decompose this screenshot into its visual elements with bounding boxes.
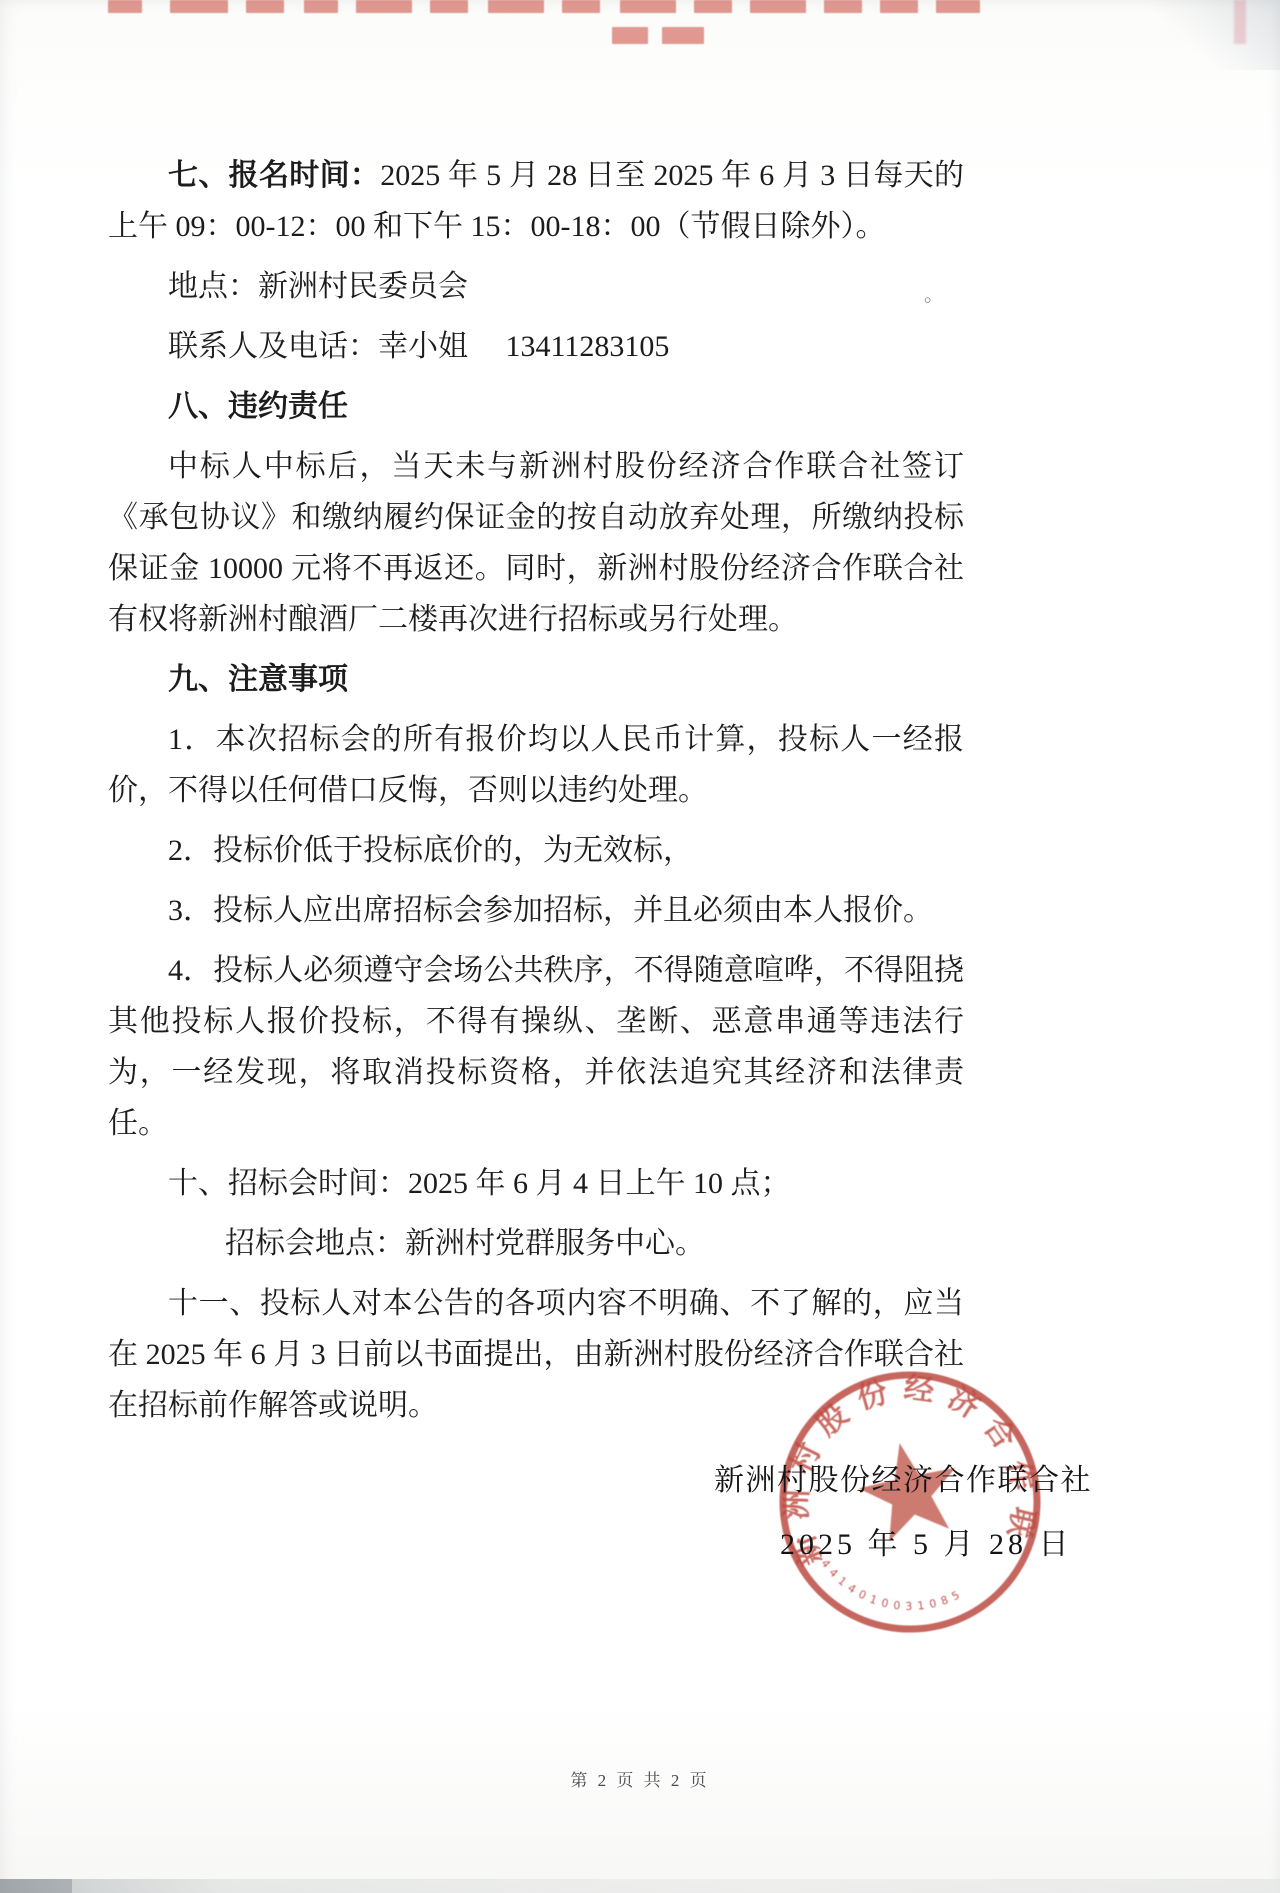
scan-artifact-strip bbox=[0, 0, 1280, 60]
section-10-place: 招标会地点：新洲村党群服务中心。 bbox=[108, 1218, 964, 1269]
section-8-paragraph: 中标人中标后，当天未与新洲村股份经济合作联合社签订《承包协议》和缴纳履约保证金的… bbox=[108, 441, 964, 645]
scan-artifact bbox=[356, 0, 412, 13]
stray-mark: 。 bbox=[924, 278, 944, 307]
notice-item-4: 4．投标人必须遵守会场公共秩序，不得随意喧哗，不得阻挠其他投标人报价投标，不得有… bbox=[108, 945, 964, 1149]
scan-artifact bbox=[824, 0, 862, 13]
section-8-heading: 八、违约责任 bbox=[108, 381, 964, 432]
scan-smudge bbox=[1234, 0, 1246, 44]
page-number-footer: 第 2 页 共 2 页 bbox=[0, 1766, 1280, 1791]
scan-artifact bbox=[750, 0, 806, 13]
official-seal: 新洲村股份经济合作联合社 4414010031085 bbox=[772, 1364, 1048, 1640]
scan-artifact bbox=[304, 0, 338, 13]
notice-item-2: 2．投标价低于投标底价的，为无效标， bbox=[108, 825, 964, 876]
scan-artifact bbox=[170, 0, 228, 13]
contact-line: 联系人及电话：幸小姐 13411283105 bbox=[108, 321, 964, 372]
scan-artifact bbox=[430, 0, 468, 13]
scan-artifact bbox=[612, 27, 648, 44]
notice-item-3: 3．投标人应出席招标会参加招标，并且必须由本人报价。 bbox=[108, 885, 964, 936]
scan-smudge bbox=[1130, 0, 1280, 70]
scan-bottom-edge bbox=[0, 1879, 1280, 1893]
scan-artifact bbox=[488, 0, 544, 13]
scan-artifact bbox=[694, 0, 732, 13]
scan-artifact bbox=[662, 27, 704, 44]
scan-bottom-corner bbox=[0, 1879, 72, 1893]
scan-artifact bbox=[562, 0, 600, 13]
signature-organization: 新洲村股份经济合作联合社 bbox=[714, 1455, 1092, 1499]
scan-artifact bbox=[936, 0, 980, 13]
scan-artifact bbox=[246, 0, 284, 13]
document-body: 七、报名时间：2025 年 5 月 28 日至 2025 年 6 月 3 日每天… bbox=[108, 150, 964, 1431]
section-9-heading: 九、注意事项 bbox=[108, 654, 964, 705]
scan-artifact bbox=[108, 0, 142, 13]
scanned-document-page: 七、报名时间：2025 年 5 月 28 日至 2025 年 6 月 3 日每天… bbox=[0, 0, 1280, 1893]
scan-artifact bbox=[880, 0, 918, 13]
signature-date: 2025 年 5 月 28 日 bbox=[780, 1519, 1073, 1563]
section-7-registration-time: 七、报名时间：2025 年 5 月 28 日至 2025 年 6 月 3 日每天… bbox=[108, 150, 964, 252]
location-line: 地点：新洲村民委员会 bbox=[108, 261, 964, 312]
section-10-time: 十、招标会时间：2025 年 6 月 4 日上午 10 点； bbox=[108, 1158, 964, 1209]
notice-item-1: 1．本次招标会的所有报价均以人民币计算，投标人一经报价，不得以任何借口反悔，否则… bbox=[108, 714, 964, 816]
scan-artifact bbox=[620, 0, 676, 13]
section-7-label: 七、报名时间： bbox=[168, 159, 380, 192]
